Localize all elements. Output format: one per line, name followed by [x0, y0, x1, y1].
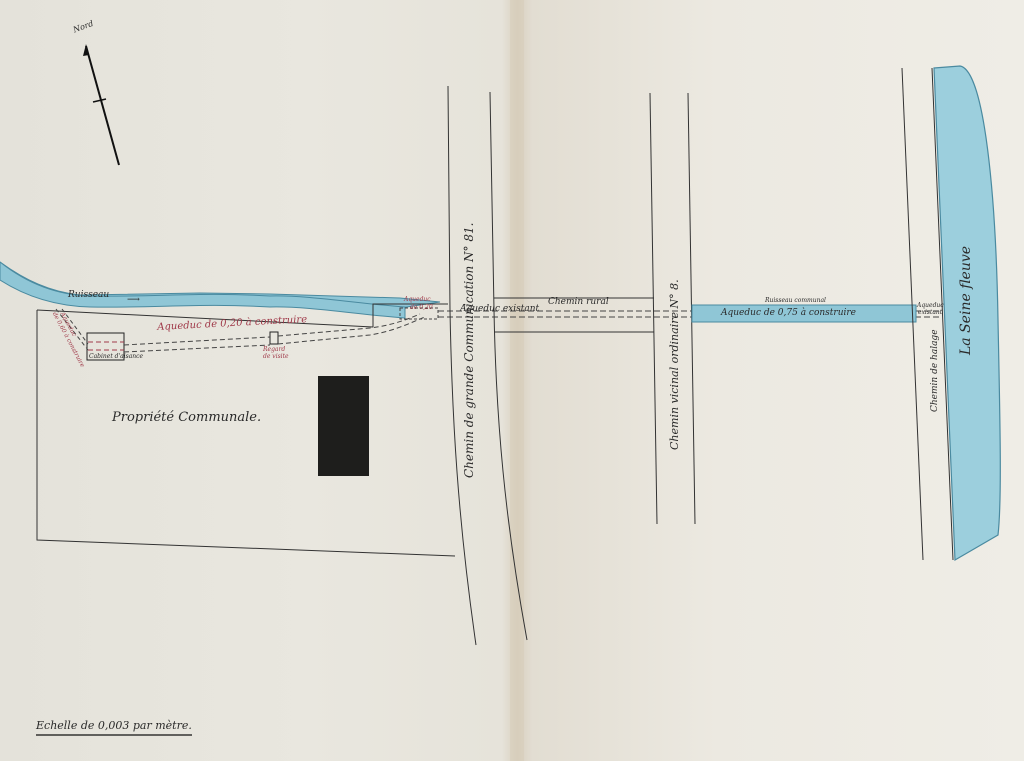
- property-label: Propriété Communale.: [112, 410, 261, 425]
- aqueduct-small-label-1: Aqueduc: [404, 296, 431, 303]
- regard-label-2: de visite: [263, 353, 289, 360]
- river-label: La Seine fleuve: [958, 246, 974, 355]
- map-sheet: Nord Ruisseau ⟶ Aqueduc de 0,60 à constr…: [0, 0, 1024, 761]
- paper-fold: [510, 0, 524, 761]
- aqueduct-existing-river-label-2: existant: [918, 309, 942, 316]
- north-arrow-icon: [83, 44, 119, 165]
- regard-label-1: Regard: [263, 346, 285, 353]
- dark-building-block: [318, 376, 369, 476]
- scale-label: Echelle de 0,003 par mètre.: [36, 719, 192, 732]
- regard-de-visite: [270, 332, 278, 344]
- halage-label: Chemin de halage: [930, 329, 940, 412]
- aqueduct-small-label-2: de 0,20: [410, 304, 433, 311]
- chemin-rural-label: Chemin rural: [548, 297, 609, 307]
- stream-direction-arrow-icon: ⟶: [127, 295, 140, 305]
- road-gc81-label: Chemin de grande Communication N° 81.: [462, 223, 476, 478]
- cabinet-label: Cabinet d'aisance: [89, 353, 143, 360]
- road-vicinal-8-label: Chemin vicinal ordinaire N° 8.: [668, 279, 681, 450]
- aqueduct-075-label: Aqueduc de 0,75 à construire: [721, 308, 856, 318]
- stream-label: Ruisseau: [68, 290, 109, 300]
- stream-body: [0, 262, 405, 318]
- aqueduct-existing-river-label-1: Aqueduc: [917, 302, 944, 309]
- ruisseau-communal-label: Ruisseau communal: [765, 297, 826, 304]
- map-drawing: [0, 0, 1024, 761]
- property-boundary: [37, 310, 455, 556]
